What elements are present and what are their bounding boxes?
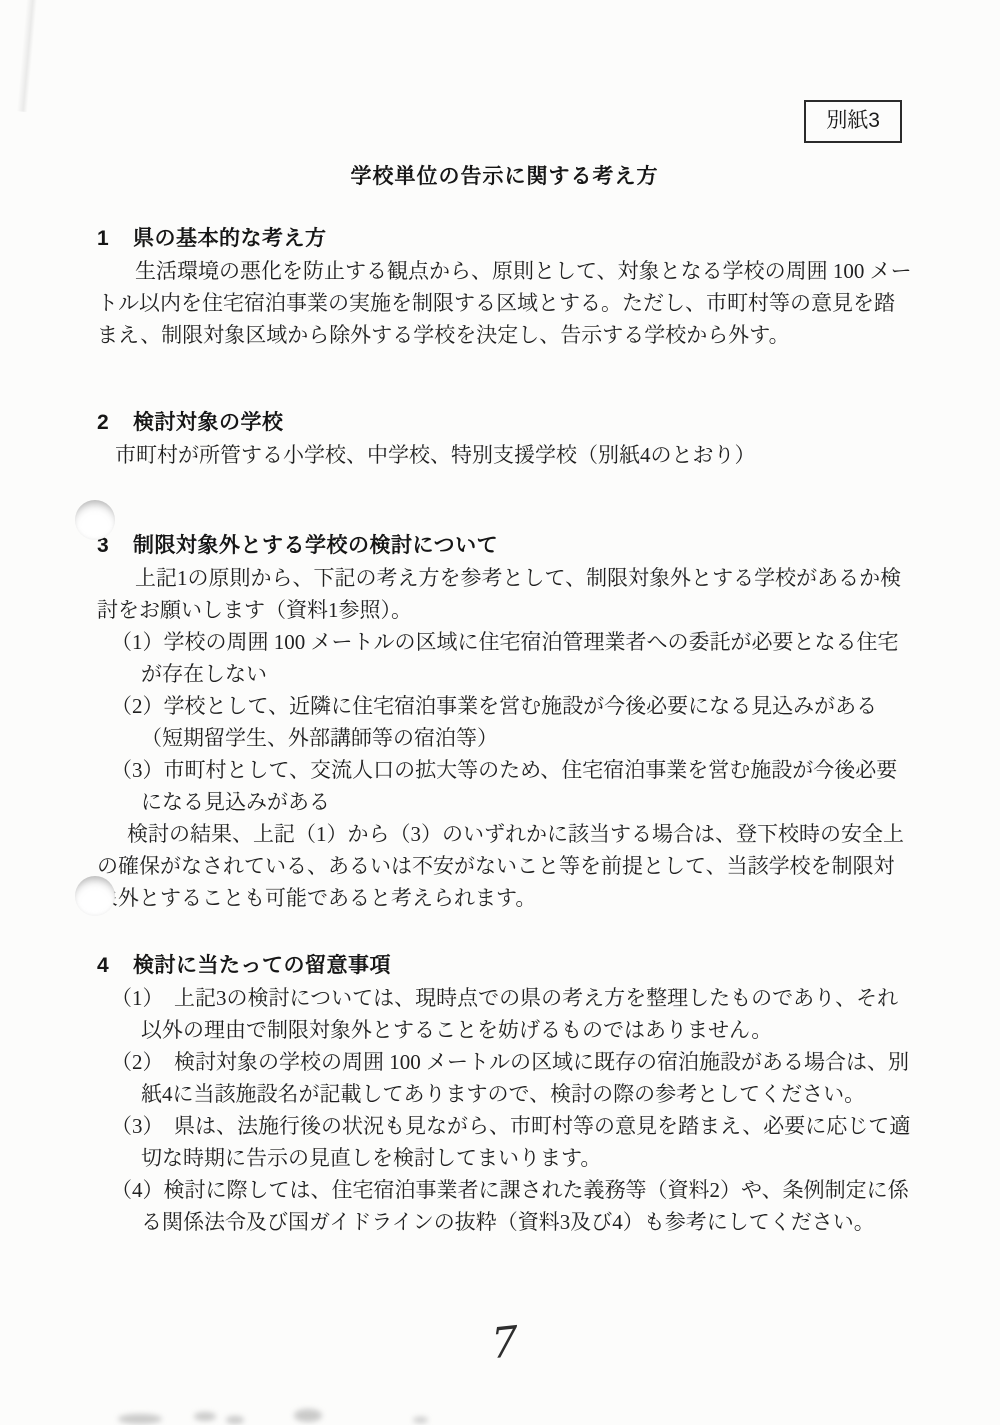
section-heading: 県の基本的な考え方 xyxy=(133,223,327,255)
scan-smudge-artifact xyxy=(413,1417,428,1423)
section-3: 3 制限対象外とする学校の検討について 上記1の原則から、下記の考え方を参考とし… xyxy=(97,530,912,914)
section-heading: 制限対象外とする学校の検討について xyxy=(133,530,498,562)
punch-hole-bottom xyxy=(75,876,115,916)
section-heading: 検討対象の学校 xyxy=(133,407,284,439)
section-number: 2 xyxy=(97,407,133,439)
section-number: 4 xyxy=(97,950,133,982)
section-4-item-4: （4）検討に際しては、住宅宿泊事業者に課された義務等（資料2）や、条例制定に係る… xyxy=(111,1174,912,1238)
section-4-item-1: （1） 上記3の検討については、現時点での県の考え方を整理したものであり、それ以… xyxy=(111,982,912,1046)
attachment-label-box: 別紙3 xyxy=(804,100,902,143)
section-2: 2 検討対象の学校 市町村が所管する小学校、中学校、特別支援学校（別紙4のとおり… xyxy=(97,407,912,471)
scan-smudge-artifact xyxy=(118,1414,162,1424)
section-4-item-2: （2） 検討対象の学校の周囲 100 メートルの区域に既存の宿泊施設がある場合は… xyxy=(111,1046,912,1110)
section-heading: 検討に当たっての留意事項 xyxy=(133,950,391,982)
section-1-paragraph: 生活環境の悪化を防止する観点から、原則として、対象となる学校の周囲 100 メー… xyxy=(97,255,912,351)
section-4: 4 検討に当たっての留意事項 （1） 上記3の検討については、現時点での県の考え… xyxy=(97,950,912,1238)
section-4-heading-row: 4 検討に当たっての留意事項 xyxy=(97,950,912,982)
section-4-item-3: （3） 県は、法施行後の状況も見ながら、市町村等の意見を踏まえ、必要に応じて適切… xyxy=(111,1110,912,1174)
scan-smudge-artifact xyxy=(226,1416,244,1424)
scan-smudge-artifact xyxy=(194,1412,216,1421)
section-3-item-3: （3）市町村として、交流人口の拡大等のため、住宅宿泊事業を営む施設が今後必要にな… xyxy=(111,754,912,818)
document-title: 学校単位の告示に関する考え方 xyxy=(97,0,912,193)
attachment-label: 別紙3 xyxy=(826,109,880,132)
section-3-item-1: （1）学校の周囲 100 メートルの区域に住宅宿泊管理業者への委託が必要となる住… xyxy=(111,626,912,690)
section-3-intro: 上記1の原則から、下記の考え方を参考として、制限対象外とする学校があるか検討をお… xyxy=(97,562,912,626)
scan-smudge-artifact xyxy=(294,1409,322,1422)
page-number-row: 7 xyxy=(97,1321,912,1366)
section-2-heading-row: 2 検討対象の学校 xyxy=(97,407,912,439)
section-3-conclusion: 検討の結果、上記（1）から（3）のいずれかに該当する場合は、登下校時の安全上の確… xyxy=(97,818,912,914)
punch-hole-top xyxy=(75,500,115,540)
document-page: 別紙3 学校単位の告示に関する考え方 1 県の基本的な考え方 生活環境の悪化を防… xyxy=(0,0,1000,1425)
section-1: 1 県の基本的な考え方 生活環境の悪化を防止する観点から、原則として、対象となる… xyxy=(97,223,912,351)
section-1-heading-row: 1 県の基本的な考え方 xyxy=(97,223,912,255)
section-2-paragraph: 市町村が所管する小学校、中学校、特別支援学校（別紙4のとおり） xyxy=(97,439,912,471)
section-3-item-2: （2）学校として、近隣に住宅宿泊事業を営む施設が今後必要になる見込みがある（短期… xyxy=(111,690,912,754)
section-3-heading-row: 3 制限対象外とする学校の検討について xyxy=(97,530,912,562)
document-body: 学校単位の告示に関する考え方 1 県の基本的な考え方 生活環境の悪化を防止する観… xyxy=(0,0,1000,1366)
page-number: 7 xyxy=(490,1320,518,1367)
section-number: 1 xyxy=(97,223,133,255)
